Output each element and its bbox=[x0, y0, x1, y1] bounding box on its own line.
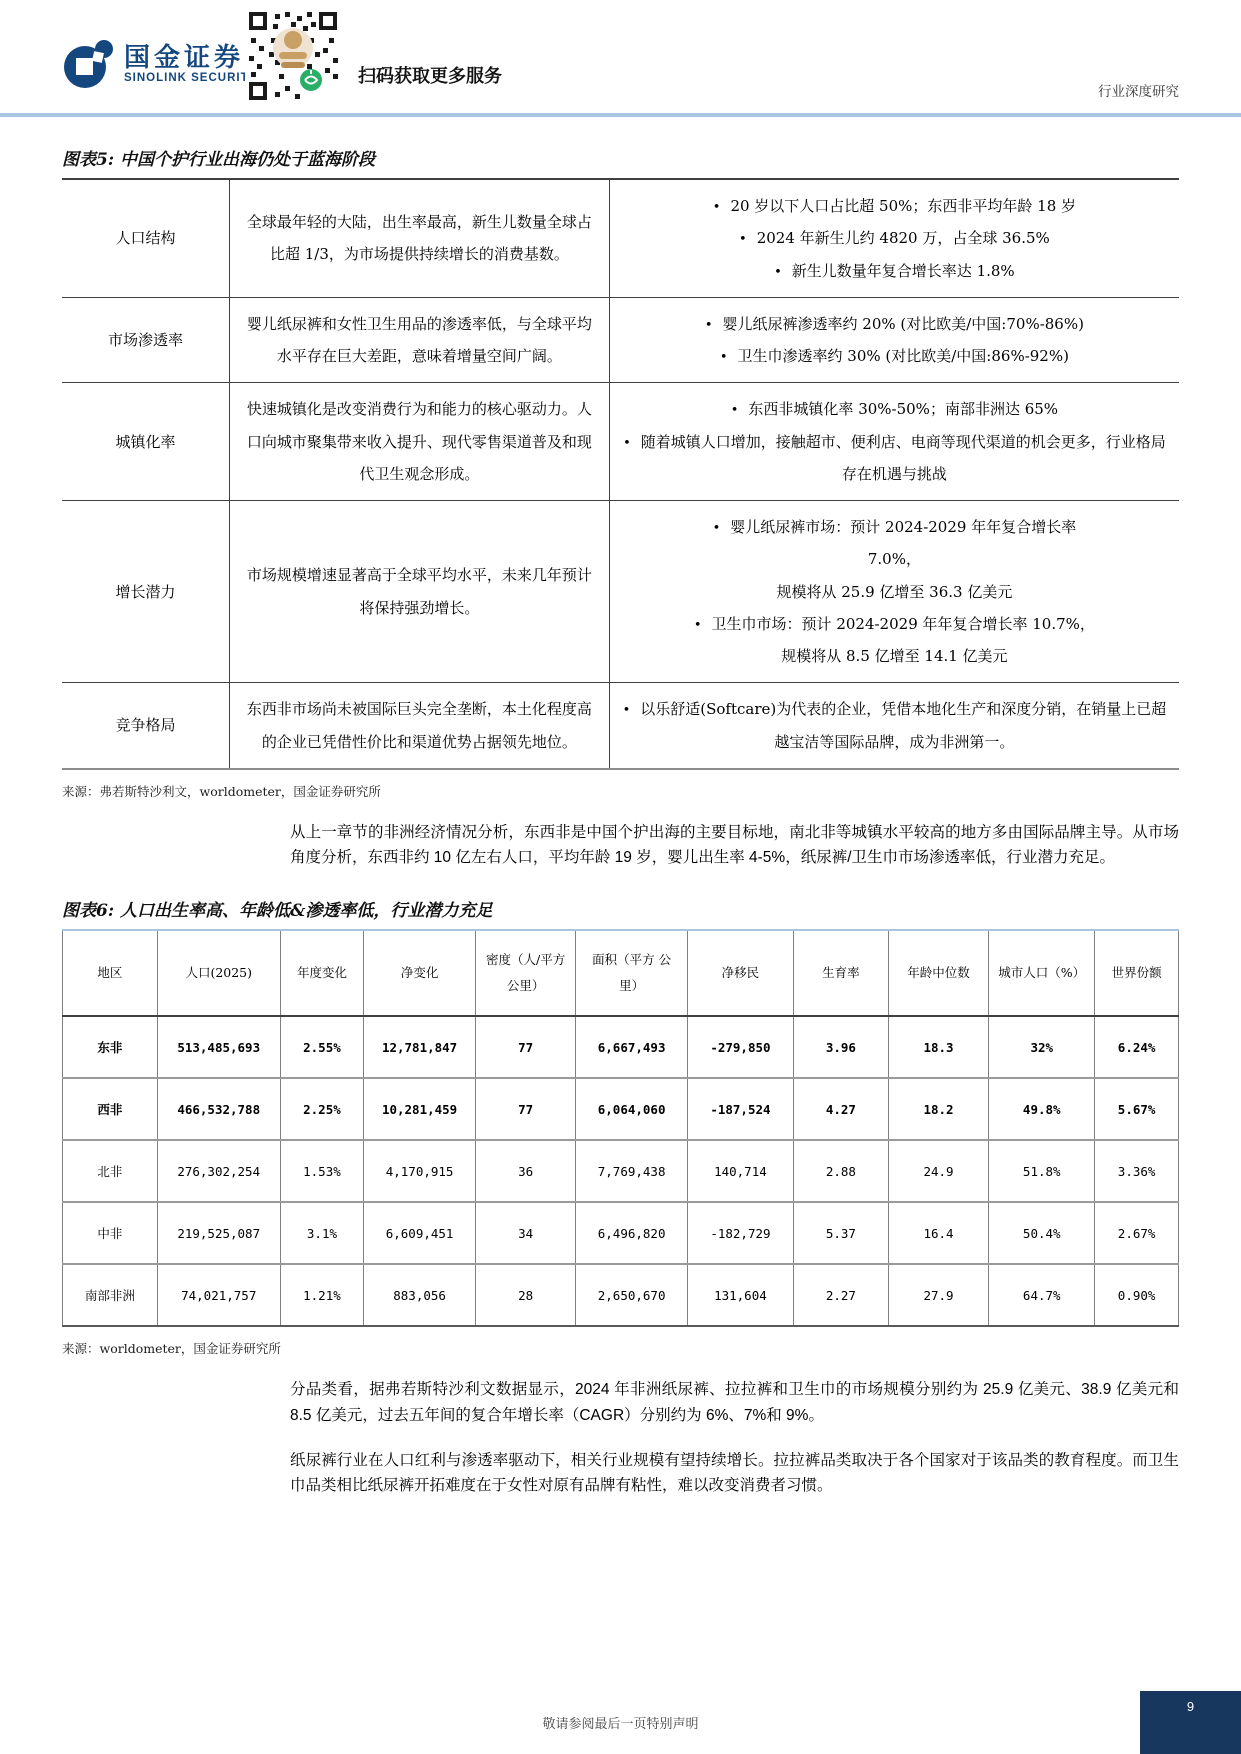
bullet-item: •东西非城镇化率 30%-50%；南部非洲达 65% bbox=[622, 393, 1167, 425]
column-header: 生育率 bbox=[793, 931, 888, 1017]
bullet-dot-icon: • bbox=[623, 430, 631, 458]
bullet-item: •卫生巾渗透率约 30% (对比欧美/中国:86%-92%) bbox=[622, 340, 1167, 372]
region-value: 64.7% bbox=[989, 1264, 1095, 1326]
brand-logo: 国金证券 SINOLINK SECURITIES bbox=[62, 38, 270, 90]
region-value: 6,667,493 bbox=[576, 1016, 688, 1078]
region-value: 2.27 bbox=[793, 1264, 888, 1326]
column-header: 净变化 bbox=[364, 931, 476, 1017]
region-name: 东非 bbox=[63, 1016, 158, 1078]
region-value: 28 bbox=[475, 1264, 575, 1326]
region-value: 2.55% bbox=[280, 1016, 364, 1078]
region-value: 34 bbox=[475, 1202, 575, 1264]
region-value: 6,609,451 bbox=[364, 1202, 476, 1264]
figure5-table: 人口结构全球最年轻的大陆，出生率最高，新生儿数量全球占比超 1/3，为市场提供持… bbox=[62, 178, 1179, 770]
column-header: 年龄中位数 bbox=[888, 931, 988, 1017]
factor-details: •20 岁以下人口占比超 50%；东西非平均年龄 18 岁•2024 年新生儿约… bbox=[609, 179, 1179, 297]
region-value: 131,604 bbox=[687, 1264, 793, 1326]
region-name: 西非 bbox=[63, 1078, 158, 1140]
factor-row: 市场渗透率婴儿纸尿裤和女性卫生用品的渗透率低，与全球平均水平存在巨大差距，意味着… bbox=[62, 297, 1179, 383]
region-value: 36 bbox=[475, 1140, 575, 1202]
region-value: 6,064,060 bbox=[576, 1078, 688, 1140]
factor-row: 人口结构全球最年轻的大陆，出生率最高，新生儿数量全球占比超 1/3，为市场提供持… bbox=[62, 179, 1179, 297]
region-value: 18.3 bbox=[888, 1016, 988, 1078]
header-rule bbox=[0, 113, 1241, 117]
qr-caption: 扫码获取更多服务 bbox=[358, 62, 502, 88]
region-row: 北非276,302,2541.53%4,170,915367,769,43814… bbox=[63, 1140, 1179, 1202]
region-value: -182,729 bbox=[687, 1202, 793, 1264]
region-name: 北非 bbox=[63, 1140, 158, 1202]
factor-row: 竞争格局东西非市场尚未被国际巨头完全垄断，本土化程度高的企业已凭借性价比和渠道优… bbox=[62, 683, 1179, 769]
body-paragraph-2: 分品类看，据弗若斯特沙利文数据显示，2024 年非洲纸尿裤、拉拉裤和卫生巾的市场… bbox=[290, 1377, 1179, 1427]
region-value: 2.88 bbox=[793, 1140, 888, 1202]
factor-details: •以乐舒适(Softcare)为代表的企业，凭借本地化生产和深度分销，在销量上已… bbox=[609, 683, 1179, 769]
region-value: -279,850 bbox=[687, 1016, 793, 1078]
region-value: 1.53% bbox=[280, 1140, 364, 1202]
factor-row: 城镇化率快速城镇化是改变消费行为和能力的核心驱动力。人口向城市聚集带来收入提升、… bbox=[62, 383, 1179, 501]
bullet-item: •新生儿数量年复合增长率达 1.8% bbox=[622, 255, 1167, 287]
region-value: 50.4% bbox=[989, 1202, 1095, 1264]
factor-label: 市场渗透率 bbox=[62, 297, 230, 383]
bullet-item: •随着城镇人口增加，接触超市、便利店、电商等现代渠道的机会更多，行业格局存在机遇… bbox=[622, 426, 1167, 491]
region-value: 5.37 bbox=[793, 1202, 888, 1264]
region-value: 219,525,087 bbox=[157, 1202, 280, 1264]
page-number: 9 bbox=[1187, 1699, 1194, 1714]
bullet-dot-icon: • bbox=[731, 397, 739, 425]
factor-details: •东西非城镇化率 30%-50%；南部非洲达 65%•随着城镇人口增加，接触超市… bbox=[609, 383, 1179, 501]
bullet-dot-icon: • bbox=[713, 515, 721, 543]
region-row: 西非466,532,7882.25%10,281,459776,064,060-… bbox=[63, 1078, 1179, 1140]
bullet-dot-icon: • bbox=[713, 194, 721, 222]
region-value: 51.8% bbox=[989, 1140, 1095, 1202]
bullet-dot-icon: • bbox=[623, 697, 631, 725]
region-value: 77 bbox=[475, 1078, 575, 1140]
region-value: 77 bbox=[475, 1016, 575, 1078]
body-paragraph-1: 从上一章节的非洲经济情况分析，东西非是中国个护出海的主要目标地，南北非等城镇水平… bbox=[290, 820, 1179, 870]
bullet-dot-icon: • bbox=[774, 259, 782, 287]
bullet-item: •婴儿纸尿裤渗透率约 20% (对比欧美/中国:70%-86%) bbox=[622, 308, 1167, 340]
region-value: 2,650,670 bbox=[576, 1264, 688, 1326]
bullet-continuation-line: 规模将从 8.5 亿增至 14.1 亿美元 bbox=[622, 640, 1167, 672]
factor-description: 快速城镇化是改变消费行为和能力的核心驱动力。人口向城市聚集带来收入提升、现代零售… bbox=[230, 383, 610, 501]
bullet-dot-icon: • bbox=[694, 612, 702, 640]
footer-disclaimer: 敬请参阅最后一页特别声明 bbox=[0, 1713, 1241, 1732]
region-value: 3.1% bbox=[280, 1202, 364, 1264]
region-value: 1.21% bbox=[280, 1264, 364, 1326]
sinolink-logo-icon bbox=[62, 38, 114, 90]
bullet-dot-icon: • bbox=[739, 226, 747, 254]
region-value: 276,302,254 bbox=[157, 1140, 280, 1202]
region-value: 466,532,788 bbox=[157, 1078, 280, 1140]
region-row: 中非219,525,0873.1%6,609,451346,496,820-18… bbox=[63, 1202, 1179, 1264]
region-value: 6,496,820 bbox=[576, 1202, 688, 1264]
factor-label: 人口结构 bbox=[62, 179, 230, 297]
region-value: 2.25% bbox=[280, 1078, 364, 1140]
region-row: 东非513,485,6932.55%12,781,847776,667,493-… bbox=[63, 1016, 1179, 1078]
factor-row: 增长潜力市场规模增速显著高于全球平均水平，未来几年预计将保持强劲增长。•婴儿纸尿… bbox=[62, 501, 1179, 683]
bullet-dot-icon: • bbox=[720, 344, 728, 372]
factor-description: 市场规模增速显著高于全球平均水平，未来几年预计将保持强劲增长。 bbox=[230, 501, 610, 683]
region-value: 12,781,847 bbox=[364, 1016, 476, 1078]
region-value: 0.90% bbox=[1095, 1264, 1179, 1326]
page-number-badge: 9 bbox=[1140, 1691, 1241, 1754]
factor-label: 城镇化率 bbox=[62, 383, 230, 501]
body-paragraph-3: 纸尿裤行业在人口红利与渗透率驱动下，相关行业规模有望持续增长。拉拉裤品类取决于各… bbox=[290, 1448, 1179, 1498]
region-value: 16.4 bbox=[888, 1202, 988, 1264]
column-header: 城市人口（%） bbox=[989, 931, 1095, 1017]
factor-label: 增长潜力 bbox=[62, 501, 230, 683]
bullet-continuation-line: 7.0%， bbox=[622, 543, 1167, 575]
region-value: 49.8% bbox=[989, 1078, 1095, 1140]
region-value: 32% bbox=[989, 1016, 1095, 1078]
region-name: 中非 bbox=[63, 1202, 158, 1264]
figure5-source: 来源：弗若斯特沙利文，worldometer，国金证券研究所 bbox=[62, 782, 1179, 800]
column-header: 密度（人/平方 公里） bbox=[475, 931, 575, 1017]
region-value: 7,769,438 bbox=[576, 1140, 688, 1202]
region-value: 6.24% bbox=[1095, 1016, 1179, 1078]
column-header: 净移民 bbox=[687, 931, 793, 1017]
region-value: 18.2 bbox=[888, 1078, 988, 1140]
region-row: 南部非洲74,021,7571.21%883,056282,650,670131… bbox=[63, 1264, 1179, 1326]
column-header: 地区 bbox=[63, 931, 158, 1017]
region-value: 883,056 bbox=[364, 1264, 476, 1326]
column-header: 人口(2025) bbox=[157, 931, 280, 1017]
region-value: 2.67% bbox=[1095, 1202, 1179, 1264]
bullet-item: •20 岁以下人口占比超 50%；东西非平均年龄 18 岁 bbox=[622, 190, 1167, 222]
qr-code-icon bbox=[245, 8, 341, 104]
bullet-dot-icon: • bbox=[705, 312, 713, 340]
figure6-source: 来源：worldometer，国金证券研究所 bbox=[62, 1339, 1179, 1357]
region-name: 南部非洲 bbox=[63, 1264, 158, 1326]
figure5-title: 图表5: 中国个护行业出海仍处于蓝海阶段 bbox=[62, 145, 1179, 170]
region-value: 513,485,693 bbox=[157, 1016, 280, 1078]
region-value: 27.9 bbox=[888, 1264, 988, 1326]
figure6-header-row: 地区人口(2025)年度变化净变化密度（人/平方 公里）面积（平方 公 里）净移… bbox=[63, 931, 1179, 1017]
page-header: 国金证券 SINOLINK SECURITIES 扫码获取更多服务 行业深度研究 bbox=[0, 0, 1241, 113]
region-value: 74,021,757 bbox=[157, 1264, 280, 1326]
factor-description: 东西非市场尚未被国际巨头完全垄断，本土化程度高的企业已凭借性价比和渠道优势占据领… bbox=[230, 683, 610, 769]
figure6-title: 图表6: 人口出生率高、年龄低&渗透率低，行业潜力充足 bbox=[62, 896, 1179, 921]
doc-type-label: 行业深度研究 bbox=[1098, 80, 1179, 100]
factor-details: •婴儿纸尿裤渗透率约 20% (对比欧美/中国:70%-86%)•卫生巾渗透率约… bbox=[609, 297, 1179, 383]
region-value: 5.67% bbox=[1095, 1078, 1179, 1140]
bullet-item: •婴儿纸尿裤市场：预计 2024-2029 年年复合增长率 bbox=[622, 511, 1167, 543]
figure6-table: 地区人口(2025)年度变化净变化密度（人/平方 公里）面积（平方 公 里）净移… bbox=[62, 931, 1179, 1328]
region-value: 10,281,459 bbox=[364, 1078, 476, 1140]
region-value: 140,714 bbox=[687, 1140, 793, 1202]
region-value: 24.9 bbox=[888, 1140, 988, 1202]
region-value: 4,170,915 bbox=[364, 1140, 476, 1202]
region-value: 3.36% bbox=[1095, 1140, 1179, 1202]
region-value: -187,524 bbox=[687, 1078, 793, 1140]
factor-details: •婴儿纸尿裤市场：预计 2024-2029 年年复合增长率7.0%，规模将从 2… bbox=[609, 501, 1179, 683]
bullet-item: •卫生巾市场：预计 2024-2029 年年复合增长率 10.7%， bbox=[622, 608, 1167, 640]
factor-description: 全球最年轻的大陆，出生率最高，新生儿数量全球占比超 1/3，为市场提供持续增长的… bbox=[230, 179, 610, 297]
column-header: 面积（平方 公 里） bbox=[576, 931, 688, 1017]
region-value: 4.27 bbox=[793, 1078, 888, 1140]
column-header: 年度变化 bbox=[280, 931, 364, 1017]
bullet-item: •2024 年新生儿约 4820 万，占全球 36.5% bbox=[622, 222, 1167, 254]
bullet-continuation-line: 规模将从 25.9 亿增至 36.3 亿美元 bbox=[622, 576, 1167, 608]
bullet-item: •以乐舒适(Softcare)为代表的企业，凭借本地化生产和深度分销，在销量上已… bbox=[622, 693, 1167, 758]
region-value: 3.96 bbox=[793, 1016, 888, 1078]
factor-description: 婴儿纸尿裤和女性卫生用品的渗透率低，与全球平均水平存在巨大差距，意味着增量空间广… bbox=[230, 297, 610, 383]
factor-label: 竞争格局 bbox=[62, 683, 230, 769]
column-header: 世界份额 bbox=[1095, 931, 1179, 1017]
